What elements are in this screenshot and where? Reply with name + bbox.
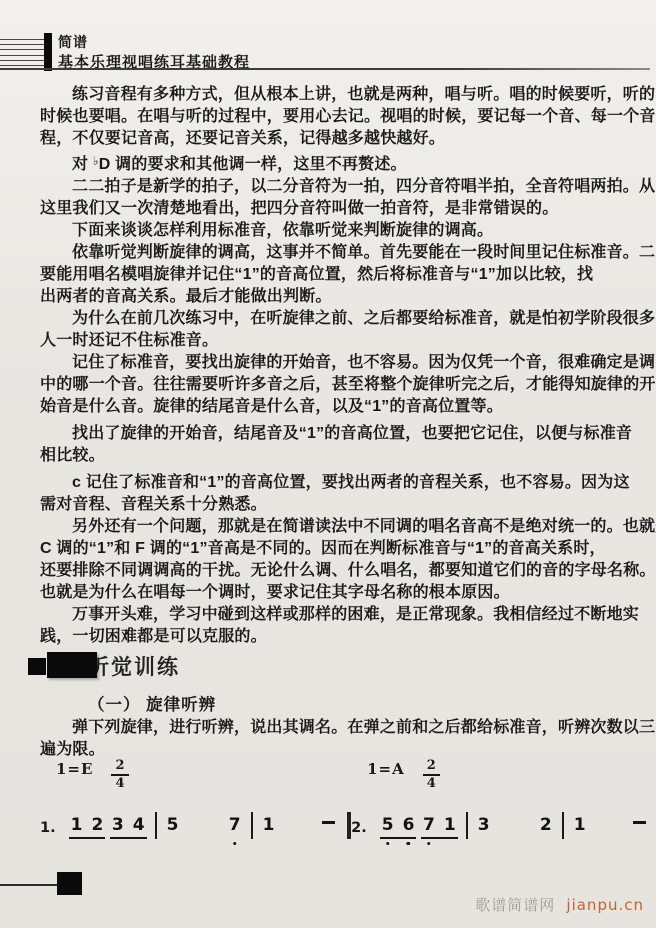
note: 1 <box>574 816 586 835</box>
note-group <box>631 816 649 835</box>
text-line: 练习音程有多种方式，但从根本上讲，也就是两种，唱与听。唱的时候要听，听的 <box>40 84 622 106</box>
note: 6 <box>403 816 415 835</box>
key-line: 1=E24 <box>56 760 351 790</box>
text-line: 这里我们又一次清楚地看出，把四分音符叫做一拍音符，是非常错误的。 <box>40 198 622 220</box>
instructions: 弹下列旋律，进行听辨，说出其调名。在弹之前和之后都给标准音，听辨次数以三遍为限。 <box>40 717 622 761</box>
text-line: C 调的“1”和 F 调的“1”音高是不同的。因而在判断标准音与“1”的音高关系… <box>40 538 622 560</box>
text-line: 中的哪一个音。往往需要听许多音之后，甚至将整个旋律听完之后，才能得知旋律的开 <box>40 374 622 396</box>
note: 3 <box>112 816 124 835</box>
note-line: 2.5671321 <box>351 808 656 849</box>
exercise: 1=A242.5671321 <box>351 760 656 849</box>
time-numerator: 2 <box>111 759 128 776</box>
measure: 1 <box>564 816 656 835</box>
note: 3 <box>478 816 490 835</box>
note-line: 1.1234571 <box>40 808 351 849</box>
text-line: 还要排除不同调调高的干扰。无论什么调、什么唱名，都要知道它们的音的字母名称。这 <box>40 560 622 582</box>
text-line: 依靠听觉判断旋律的调高，这事并不简单。首先要能在一段时间里记住标准音。二 <box>40 242 622 264</box>
note: 7 <box>229 816 241 835</box>
paragraph: 另外还有一个问题，那就是在简谱读法中不同调的唱名音高不是绝对统一的。也就是C 调… <box>40 516 622 604</box>
page-marker-line <box>0 884 58 886</box>
note: 7 <box>423 816 435 835</box>
header-rule-lines <box>0 39 44 66</box>
measure: 1234 <box>61 816 155 835</box>
text-line: 践，一切困难都是可以克服的。 <box>40 626 622 648</box>
music-row: 1=E241.12345711=A242.5671321 <box>40 760 626 849</box>
heading-redaction-bar <box>47 652 97 678</box>
key-signature: 1=E <box>56 760 93 778</box>
key-line: 1=A24 <box>367 760 656 790</box>
note: 5 <box>167 816 179 835</box>
beamed-note-group: 56 <box>381 816 416 835</box>
section-title: 听觉训练 <box>88 651 180 681</box>
note-group: 7 <box>228 816 242 835</box>
note <box>321 816 337 835</box>
text-line: 找出了旋律的开始音，结尾音及“1”的音高位置，也要把它记住，以便与标准音 <box>40 423 622 445</box>
note <box>632 816 648 835</box>
note: 1 <box>71 816 83 835</box>
barline <box>562 812 564 839</box>
flat-sign: ♭ <box>93 154 99 168</box>
text-line: 相比较。 <box>40 445 622 467</box>
paragraph: 下面来谈谈怎样利用标准音，依靠听觉来判断旋律的调高。 <box>40 220 622 242</box>
note-group <box>320 816 338 835</box>
exercise-number: 1. <box>40 820 56 836</box>
text-line: 人一时还记不住标准音。 <box>40 330 622 352</box>
beamed-note-group: 12 <box>70 816 105 835</box>
note: 2 <box>91 816 103 835</box>
paragraph: c 记住了标准音和“1”的音高位置，要找出两者的音程关系，也不容易。因为这需对音… <box>40 472 622 516</box>
text-line: 弹下列旋律，进行听辨，说出其调名。在弹之前和之后都给标准音，听辨次数以三 <box>40 717 622 739</box>
watermark-site-url: jianpu.cn <box>566 896 644 914</box>
dash-note-bar <box>322 821 335 824</box>
note: 1 <box>444 816 456 835</box>
text-line: 万事开头难，学习中碰到这样或那样的困难，是正常现象。我相信经过不断地实 <box>40 604 622 626</box>
watermark-site-name: 歌谱简谱网 <box>475 897 555 914</box>
paragraph: 对 ♭D 调的要求和其他调一样，这里不再赘述。 <box>40 150 622 176</box>
measure: 57 <box>157 816 251 835</box>
text-line: 程，不仅要记音高，还要记音关系，记得越多越快越好。 <box>40 128 622 150</box>
text-line: 为什么在前几次练习中，在听旋律之前、之后都要给标准音，就是怕初学阶段很多 <box>40 308 622 330</box>
scanned-textbook-page: 简谱 基本乐理视唱练耳基础教程 练习音程有多种方式，但从根本上讲，也就是两种，唱… <box>0 0 656 928</box>
time-signature: 24 <box>111 759 128 790</box>
barline <box>251 812 253 839</box>
note: 4 <box>133 816 145 835</box>
text-line: 始音是什么音。旋律的结尾音是什么音，以及“1”的音高位置等。 <box>40 396 622 418</box>
text-line: 时候也要唱。在唱与听的过程中，要用心去记。视唱的时候，要记每一个音、每一个音 <box>40 106 622 128</box>
measure: 5671 <box>372 816 466 835</box>
paragraph: 找出了旋律的开始音，结尾音及“1”的音高位置，也要把它记住，以便与标准音相比较。 <box>40 423 622 467</box>
barline <box>466 812 468 839</box>
note: 5 <box>382 816 394 835</box>
page-marker-square <box>57 872 82 895</box>
beamed-note-group: 34 <box>111 816 146 835</box>
measure: 1 <box>253 816 347 835</box>
text-line: 需对音程、音程关系十分熟悉。 <box>40 494 622 516</box>
heading-black-square <box>28 658 46 675</box>
paragraph: 记住了标准音，要找出旋律的开始音，也不容易。因为仅凭一个音，很难确定是调中的哪一… <box>40 352 622 418</box>
time-numerator: 2 <box>423 759 440 776</box>
header-divider <box>0 68 650 70</box>
exercise: 1=E241.1234571 <box>40 760 351 849</box>
section-heading: 听觉训练 <box>0 647 656 681</box>
dash-note-bar <box>633 821 646 824</box>
barline <box>155 812 157 839</box>
note-group: 1 <box>262 816 276 835</box>
text-line: 对 ♭D 调的要求和其他调一样，这里不再赘述。 <box>40 150 622 176</box>
text-line: 出两者的音高关系。最后才能做出判断。 <box>40 286 622 308</box>
note-group: 5 <box>166 816 180 835</box>
paragraph: 二二拍子是新学的拍子，以二分音符为一拍，四分音符唱半拍，全音符唱两拍。从这里我们… <box>40 176 622 220</box>
measure: 32 <box>468 816 562 835</box>
note-group: 3 <box>477 816 491 835</box>
text-line: 遍为限。 <box>40 739 622 761</box>
exercise-number: 2. <box>351 820 367 836</box>
paragraph: 依靠听觉判断旋律的调高，这事并不简单。首先要能在一段时间里记住标准音。二要能用唱… <box>40 242 622 308</box>
note-group: 1 <box>573 816 587 835</box>
header-series-label: 简谱 <box>58 32 88 52</box>
text-line: 也就是为什么在唱每一个调时，要求记住其字母名称的根本原因。 <box>40 582 622 604</box>
text-line: 记住了标准音，要找出旋律的开始音，也不容易。因为仅凭一个音，很难确定是调 <box>40 352 622 374</box>
text-line: c 记住了标准音和“1”的音高位置，要找出两者的音程关系，也不容易。因为这 <box>40 472 622 494</box>
time-denominator: 4 <box>115 776 124 791</box>
note: 2 <box>540 816 552 835</box>
time-signature: 24 <box>423 759 440 790</box>
beamed-note-group: 71 <box>422 816 457 835</box>
paragraph: 练习音程有多种方式，但从根本上讲，也就是两种，唱与听。唱的时候要听，听的时候也要… <box>40 84 622 150</box>
header-black-bar <box>44 33 52 71</box>
paragraph: 为什么在前几次练习中，在听旋律之前、之后都要给标准音，就是怕初学阶段很多人一时还… <box>40 308 622 352</box>
subsection-title: （一） 旋律听辨 <box>88 691 216 715</box>
key-signature: 1=A <box>367 760 405 778</box>
time-denominator: 4 <box>427 776 436 791</box>
text-line: 要能用唱名模唱旋律并记住“1”的音高位置，然后将标准音与“1”加以比较，找 <box>40 264 622 286</box>
watermark: 歌谱简谱网 jianpu.cn <box>475 894 644 915</box>
text-line: 二二拍子是新学的拍子，以二分音符为一拍，四分音符唱半拍，全音符唱两拍。从 <box>40 176 622 198</box>
text-line: 另外还有一个问题，那就是在简谱读法中不同调的唱名音高不是绝对统一的。也就是 <box>40 516 622 538</box>
note: 1 <box>263 816 275 835</box>
paragraph: 万事开头难，学习中碰到这样或那样的困难，是正常现象。我相信经过不断地实践，一切困… <box>40 604 622 648</box>
text-line: 下面来谈谈怎样利用标准音，依靠听觉来判断旋律的调高。 <box>40 220 622 242</box>
note-group: 2 <box>539 816 553 835</box>
body-paragraphs: 练习音程有多种方式，但从根本上讲，也就是两种，唱与听。唱的时候要听，听的时候也要… <box>40 84 622 648</box>
